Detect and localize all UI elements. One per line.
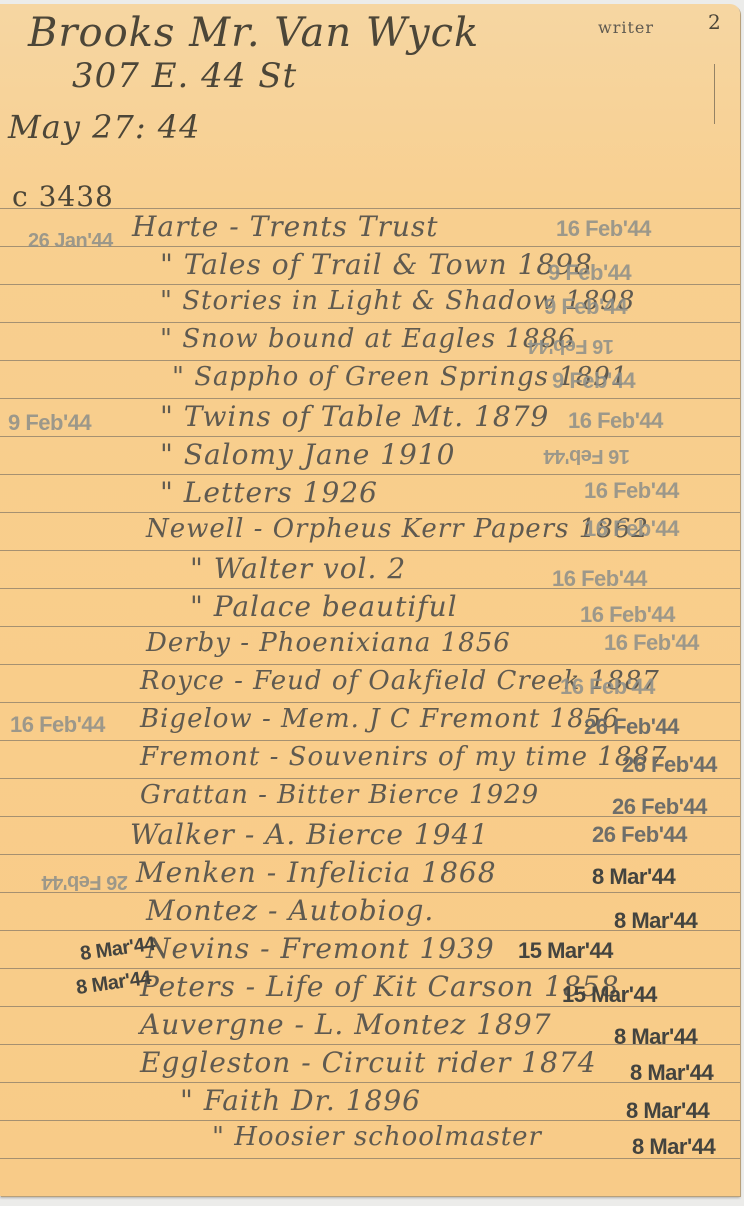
date-stamp: 26 Feb'44 [622,752,717,778]
left-date-stamp-inverted: 26 Feb'44 [42,870,128,893]
entry-title: " Walter vol. 2 [190,552,406,585]
entry-title: Nevins - Fremont 1939 [146,932,495,965]
date-stamp: 26 Feb'44 [592,822,687,848]
left-date-stamp: 16 Feb'44 [10,712,105,738]
entry-title: Walker - A. Bierce 1941 [130,818,489,851]
ruled-line [0,208,740,209]
entry-title: " Snow bound at Eagles 1886 [160,324,575,354]
date-stamp: 16 Feb'44 [580,602,675,628]
ruled-line [0,702,740,703]
entry-title: Montez - Autobiog. [146,894,434,927]
occupation-label: writer [598,18,654,37]
date-stamp: 8 Mar'44 [632,1134,715,1160]
date-stamp: 9 Feb'44 [548,260,631,286]
entry-title: Fremont - Souvenirs of my time 1887 [140,742,667,772]
date-stamp: 8 Mar'44 [626,1098,709,1124]
ruled-line [0,664,740,665]
date-stamp: 9 Feb'44 [544,294,627,320]
entry-title: Eggleston - Circuit rider 1874 [140,1046,597,1079]
entry-title: Newell - Orpheus Kerr Papers 1862 [146,514,649,544]
entry-title: " Salomy Jane 1910 [160,438,455,471]
entry-title: " Faith Dr. 1896 [180,1084,421,1117]
date-stamp: 8 Mar'44 [630,1060,713,1086]
entry-title: " Hoosier schoolmaster [212,1122,542,1152]
left-date-stamp: 8 Mar'44 [79,933,157,966]
ruled-line [0,968,740,969]
date-stamp: 15 Mar'44 [562,982,657,1008]
left-date-stamp: 26 Jan'44 [28,230,113,253]
date-stamp: 16 Feb'44 [568,408,663,434]
card-date: May 27: 44 [8,108,200,146]
entry-title: " Palace beautiful [190,590,458,623]
ruled-line [0,550,740,551]
entry-title: Harte - Trents Trust [132,210,438,243]
ruled-line [0,740,740,741]
ruled-line [0,854,740,855]
entry-title: Derby - Phoenixiana 1856 [146,628,511,658]
patron-address: 307 E. 44 St [72,56,297,96]
date-stamp: 26 Feb'44 [584,714,679,740]
entry-title: " Letters 1926 [160,476,378,509]
entry-title: Menken - Infelicia 1868 [136,856,497,889]
left-date-stamp: 9 Feb'44 [8,410,91,436]
ruled-line [0,360,740,361]
entry-title: Auvergne - L. Montez 1897 [140,1008,552,1041]
ruled-line [0,474,740,475]
ruled-line [0,1158,740,1159]
date-stamp-inverted: 16 Feb'44 [528,334,614,357]
entry-title: Grattan - Bitter Bierce 1929 [140,780,539,810]
card-number: 2 [708,10,722,34]
date-stamp-inverted: 16 Feb'44 [544,444,630,467]
pencil-mark [714,64,715,124]
date-stamp: 16 Feb'44 [584,478,679,504]
date-stamp: 26 Feb'44 [612,794,707,820]
entry-title: " Twins of Table Mt. 1879 [160,400,549,433]
entry-title: Bigelow - Mem. J C Fremont 1856 [140,704,620,734]
ruled-line [0,398,740,399]
date-stamp: 16 Feb'44 [604,630,699,656]
entry-title: " Tales of Trail & Town 1898 [160,248,593,281]
ruled-line [0,778,740,779]
patron-name: Brooks Mr. Van Wyck [28,10,479,56]
ruled-line [0,1082,740,1083]
ruled-line [0,512,740,513]
date-stamp: 8 Mar'44 [614,1024,697,1050]
library-card: Brooks Mr. Van Wyck writer 2 307 E. 44 S… [0,4,740,1196]
ruled-line [0,322,740,323]
date-stamp: 8 Mar'44 [614,908,697,934]
date-stamp: 15 Mar'44 [518,938,613,964]
date-stamp: 16 Feb'44 [584,516,679,542]
date-stamp: 16 Feb'44 [560,674,655,700]
ruled-line [0,436,740,437]
date-stamp: 16 Feb'44 [556,216,651,242]
entry-title: Peters - Life of Kit Carson 1858 [140,970,619,1003]
date-stamp: 16 Feb'44 [552,566,647,592]
date-stamp: 9 Feb'44 [552,368,635,394]
date-stamp: 8 Mar'44 [592,864,675,890]
